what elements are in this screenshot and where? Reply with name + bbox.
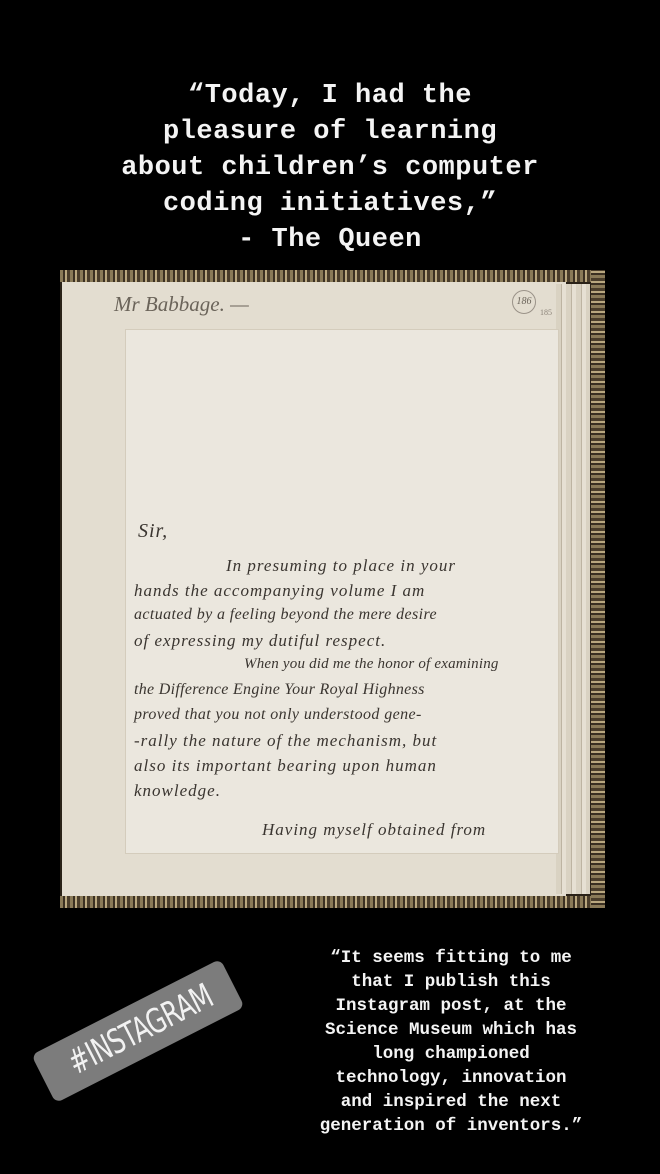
letter-line: In presuming to place in your: [226, 556, 456, 576]
letter-line: proved that you not only understood gene…: [134, 706, 422, 724]
quote-line: long championed: [280, 1042, 622, 1066]
hashtag-label: #INSTAGRAM: [58, 970, 222, 1089]
quote-line: “It seems fitting to me: [280, 946, 622, 970]
quote-line: that I publish this: [280, 970, 622, 994]
frame-border-right: [591, 270, 605, 908]
folio-number: 185: [540, 308, 552, 317]
quote-line: coding initiatives,”: [0, 186, 660, 222]
letter-sheet: Sir, In presuming to place in your hands…: [126, 330, 558, 853]
letter-salutation: Sir,: [138, 520, 168, 543]
quote-line: pleasure of learning: [0, 114, 660, 150]
letter-photo: Mr Babbage. — 186 185 Sir, In presuming …: [60, 270, 605, 908]
quote-line: about children’s computer: [0, 150, 660, 186]
quote-line: “Today, I had the: [0, 78, 660, 114]
letter-line: hands the accompanying volume I am: [134, 581, 425, 601]
letter-line: Having myself obtained from: [262, 820, 486, 840]
frame-border-bottom: [60, 896, 605, 908]
quote-line: and inspired the next: [280, 1090, 622, 1114]
letter-addressee: Mr Babbage. —: [114, 292, 249, 317]
stacked-page-edges: [556, 284, 590, 894]
quote-line: Science Museum which has: [280, 1018, 622, 1042]
quote-line: Instagram post, at the: [280, 994, 622, 1018]
quote-attribution: - The Queen: [0, 222, 660, 258]
quote-line: generation of inventors.”: [280, 1114, 622, 1138]
hashtag-sticker[interactable]: #INSTAGRAM: [31, 959, 244, 1103]
letter-line: also its important bearing upon human: [134, 756, 437, 776]
museum-quote: “It seems fitting to me that I publish t…: [280, 946, 622, 1138]
letter-line: When you did me the honor of examining: [244, 656, 499, 673]
letter-line: of expressing my dutiful respect.: [134, 631, 386, 651]
letter-line: knowledge.: [134, 781, 221, 801]
quote-line: technology, innovation: [280, 1066, 622, 1090]
queen-quote: “Today, I had the pleasure of learning a…: [0, 78, 660, 258]
frame-border-top: [60, 270, 605, 282]
letter-line: the Difference Engine Your Royal Highnes…: [134, 681, 425, 699]
folio-stamp: 186: [512, 290, 536, 314]
letter-line: actuated by a feeling beyond the mere de…: [134, 606, 437, 624]
letter-line: -rally the nature of the mechanism, but: [134, 731, 437, 751]
